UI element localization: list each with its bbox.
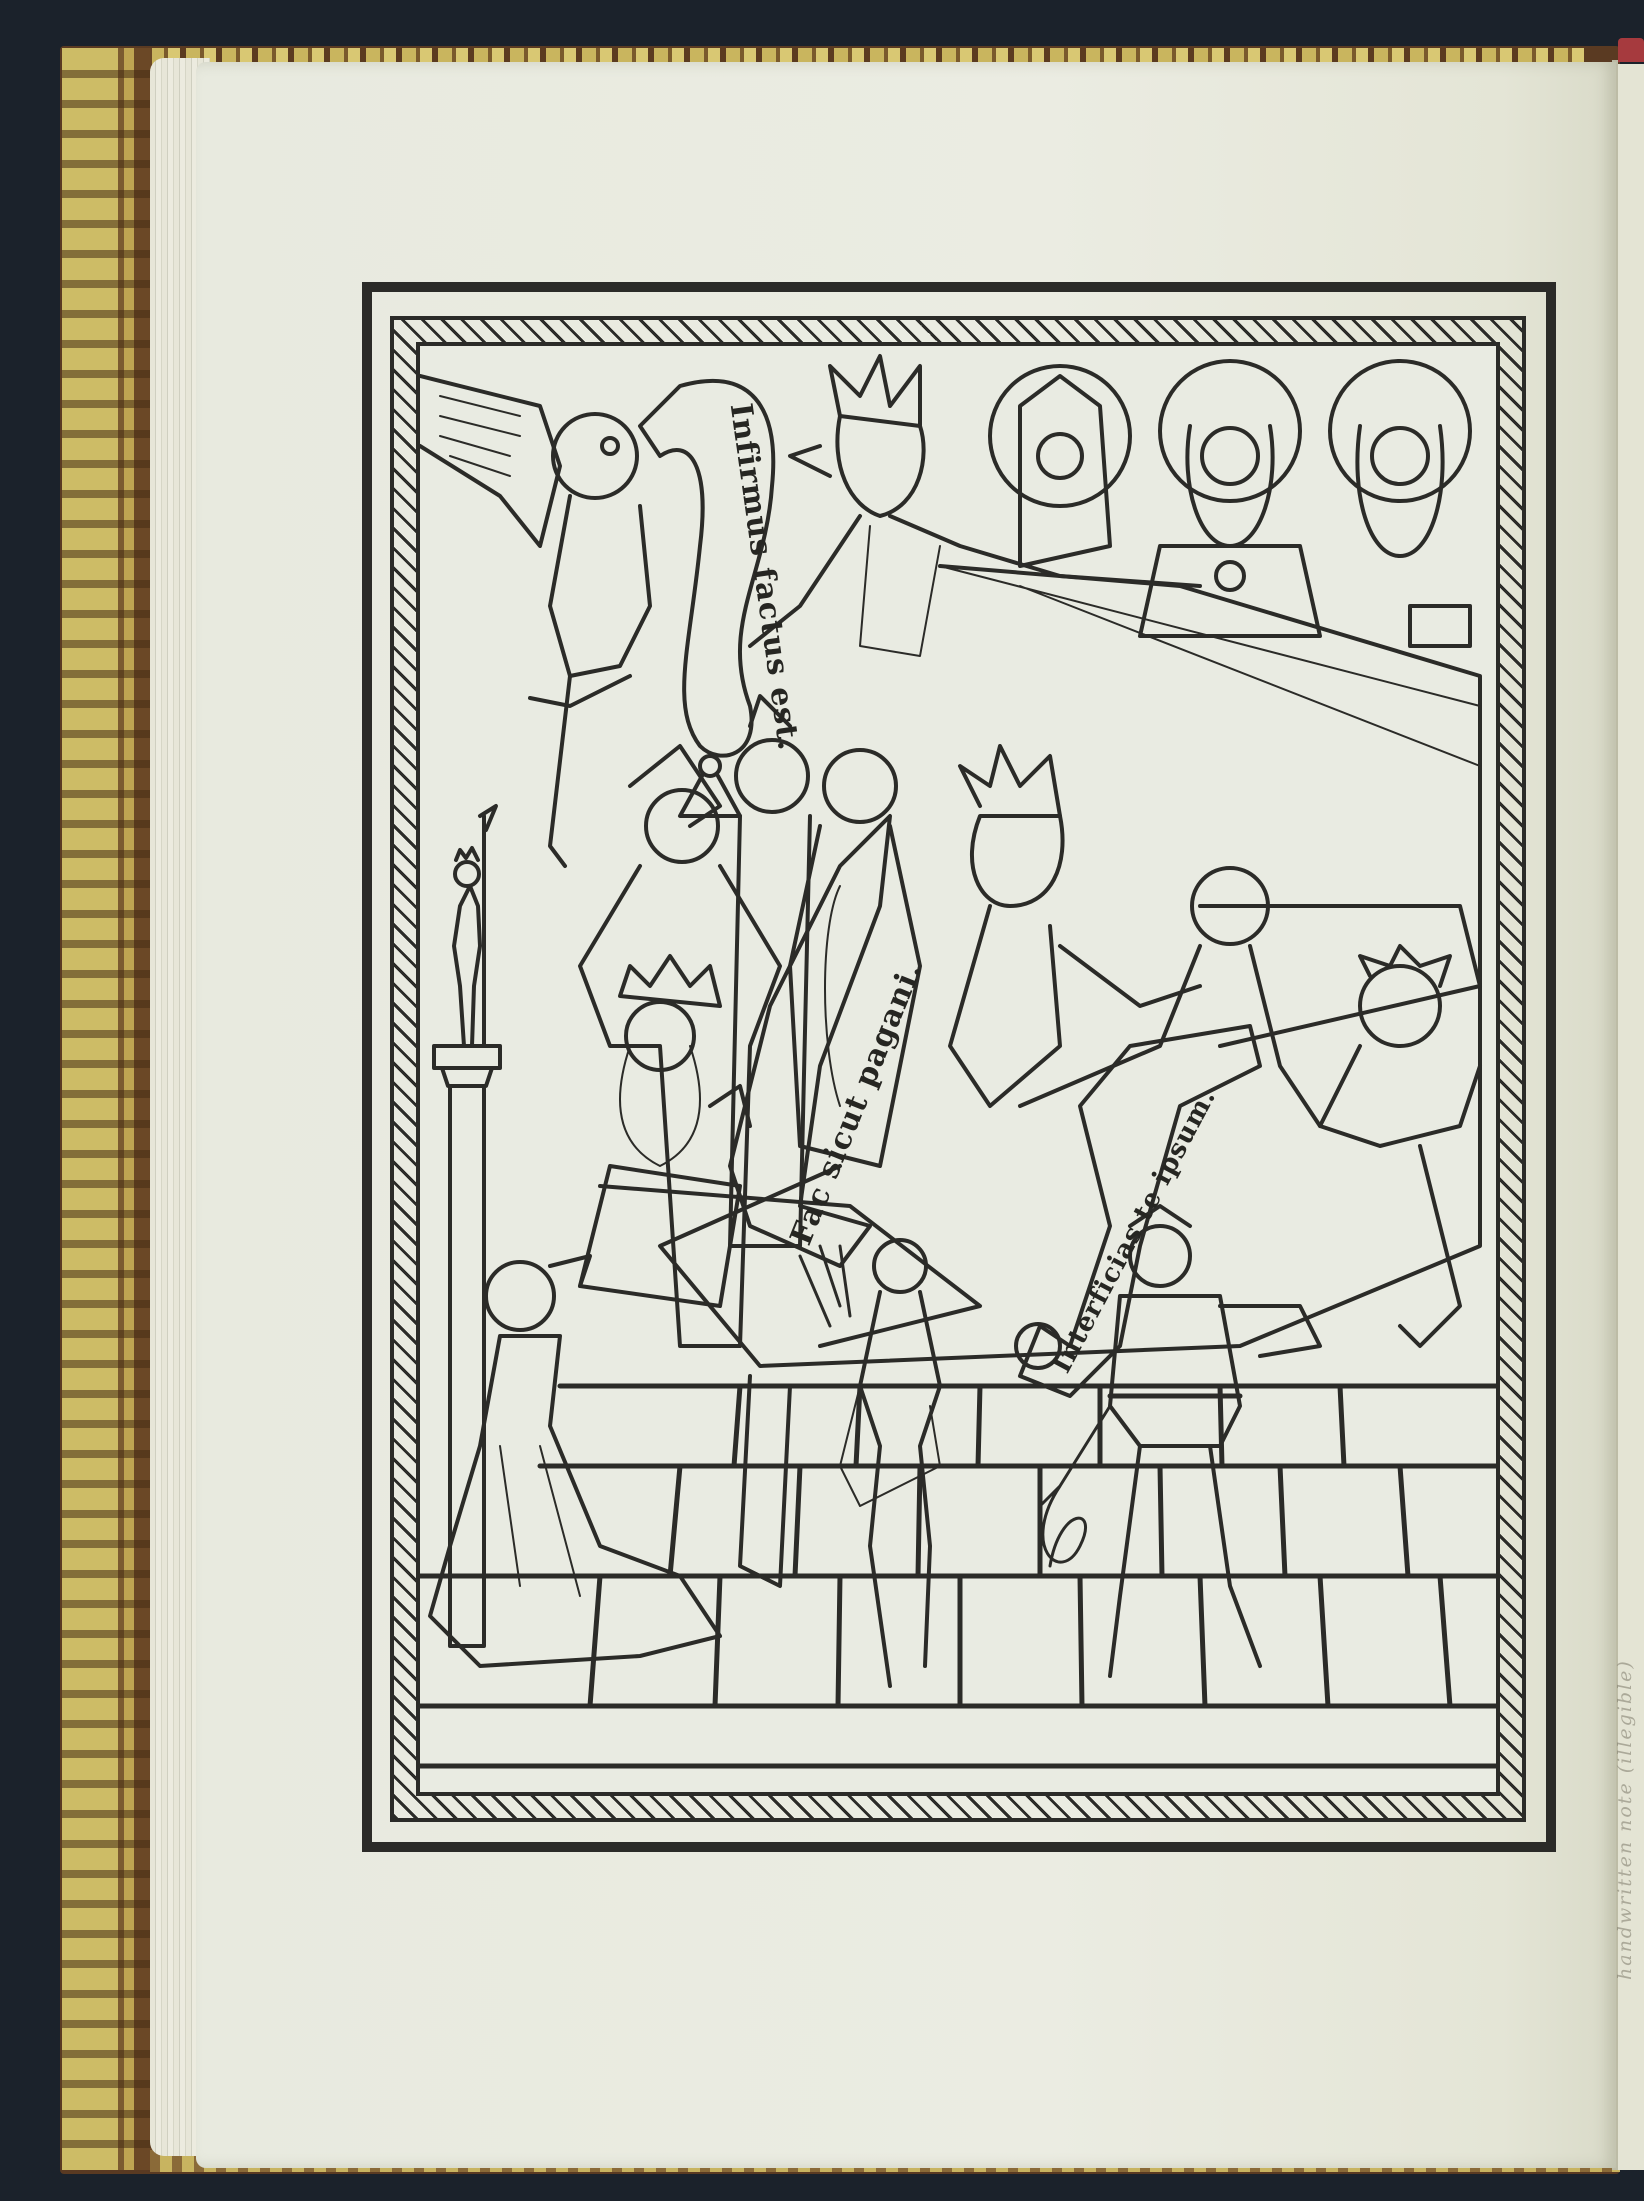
woodcut-illustration <box>420 346 1500 1796</box>
horned-demon <box>750 356 1200 656</box>
woman-with-scourge <box>800 1240 940 1686</box>
woodcut-scene: Infirmus factus est. Fac sicut pagani. I… <box>416 342 1500 1796</box>
handwritten-marginalia: handwritten note (illegible) <box>1614 380 1644 1980</box>
tiled-floor <box>420 1386 1500 1766</box>
demon-over-bed <box>950 746 1200 1106</box>
winged-demon <box>420 376 650 866</box>
red-page-edge <box>1618 38 1644 62</box>
gilt-border-left <box>62 48 152 2170</box>
column-with-statue <box>434 806 500 1646</box>
